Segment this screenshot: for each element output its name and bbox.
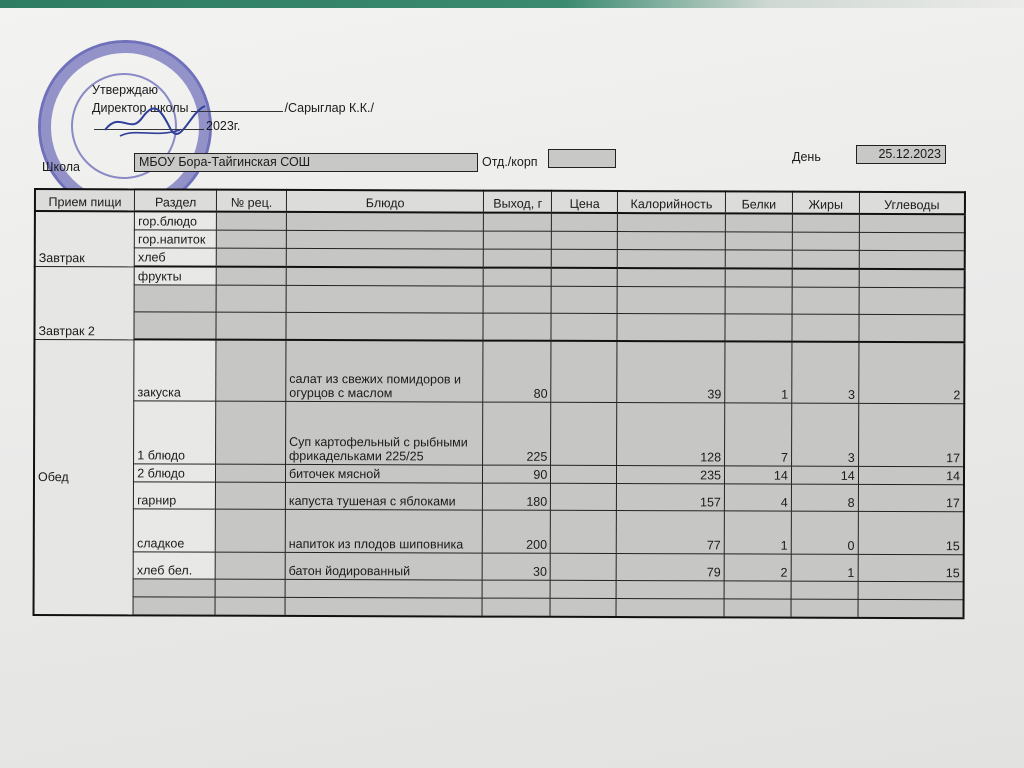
approval-title: Утверждаю [92,82,374,99]
cell-meal: Завтрак [35,211,135,266]
cell-carbs: 17 [858,484,964,511]
cell-section: фрукты [134,266,216,285]
cell-price [551,286,617,313]
col-header-section: Раздел [135,189,217,211]
table-row [35,285,965,315]
cell-price [551,268,617,287]
cell-protein: 1 [724,511,791,554]
menu-table: Прием пищи Раздел № рец. Блюдо Выход, г … [33,188,966,619]
table-row [34,597,964,619]
table-row: сладкоенапиток из плодов шиповника200771… [34,509,964,555]
table-header-row: Прием пищи Раздел № рец. Блюдо Выход, г … [35,189,965,214]
day-field[interactable]: 25.12.2023 [856,145,946,164]
cell-fat [792,232,859,250]
cell-carbs [859,250,965,269]
cell-yield [483,286,551,313]
cell-recipe [215,579,285,597]
cell-price [551,341,617,403]
cell-price [552,213,618,232]
cell-protein [725,268,792,287]
col-header-price: Цена [552,191,618,213]
day-label: День [792,150,821,164]
cell-dish [286,312,484,340]
cell-recipe [216,230,286,248]
cell-fat: 0 [791,511,858,554]
school-field[interactable]: МБОУ Бора-Тайгинская СОШ [134,153,478,172]
cell-fat: 1 [791,554,858,581]
dept-label: Отд./корп [482,155,538,169]
director-label: Директор школы [92,101,189,115]
cell-fat [792,250,859,269]
cell-section [133,597,215,616]
cell-fat [792,269,859,288]
cell-section [134,312,216,340]
cell-recipe [215,509,285,552]
school-label: Школа [42,160,80,174]
date-blank-line [94,117,204,130]
cell-yield: 90 [483,465,551,483]
cell-dish [286,285,484,313]
cell-calories: 157 [616,484,724,511]
cell-dish [285,597,483,616]
cell-section: гор.блюдо [135,211,217,230]
cell-protein [724,599,791,618]
cell-protein [725,314,792,342]
cell-recipe [217,212,287,231]
cell-carbs [859,232,965,250]
cell-carbs [859,269,965,288]
cell-yield [484,268,552,287]
cell-calories [617,250,725,269]
signature-line [191,99,283,112]
col-header-calories: Калорийность [618,191,726,213]
cell-calories [616,581,724,599]
col-header-meal: Прием пищи [35,189,135,211]
cell-yield: 180 [483,483,551,510]
cell-section: сладкое [133,509,215,552]
cell-protein [725,287,792,314]
cell-protein [725,232,792,250]
col-header-carbs: Углеводы [859,192,965,214]
cell-section [133,579,215,597]
cell-yield [482,580,550,598]
cell-carbs [858,581,964,599]
table-row [34,312,964,343]
cell-section: гарнир [134,482,216,509]
cell-dish: напиток из плодов шиповника [285,509,483,553]
cell-section: хлеб бел. [133,552,215,579]
cell-yield [484,249,552,268]
cell-fat [792,314,859,342]
cell-recipe [216,482,286,509]
cell-yield [484,231,552,249]
cell-calories [616,599,724,618]
cell-recipe [216,464,286,482]
cell-calories: 39 [617,341,725,403]
cell-fat: 3 [791,403,858,466]
cell-dish [286,248,484,267]
cell-fat: 14 [791,466,858,484]
cell-price [551,402,617,465]
cell-protein: 1 [725,341,792,403]
cell-fat: 3 [792,342,859,404]
cell-calories [617,232,725,250]
cell-dish: биточек мясной [285,464,482,483]
cell-carbs: 15 [858,554,964,581]
cell-recipe [216,340,286,402]
approval-year: 2023г. [206,119,240,133]
cell-protein [725,250,792,269]
director-name: /Сарыглар К.К./ [285,101,374,115]
cell-fat [791,599,858,618]
table-row: хлеб бел.батон йодированный30792115 [34,552,964,582]
cell-section: закуска [134,339,216,401]
cell-yield: 225 [483,402,551,465]
cell-section [134,285,216,312]
table-row: 1 блюдоСуп картофельный с рыбными фрикад… [34,401,964,467]
cell-fat [792,214,859,233]
cell-carbs: 14 [858,466,964,484]
cell-calories [617,268,725,287]
cell-carbs: 17 [858,403,964,466]
cell-calories: 235 [617,466,725,484]
cell-protein: 7 [725,403,792,466]
col-header-fat: Жиры [792,192,859,214]
cell-dish [286,230,483,249]
cell-fat [791,581,858,599]
cell-price [551,465,617,483]
cell-protein: 2 [724,554,791,581]
cell-dish: батон йодированный [285,552,483,580]
cell-protein [724,581,791,599]
cell-carbs [858,599,964,618]
cell-protein: 14 [724,466,791,484]
cell-price [552,231,618,249]
cell-recipe [216,285,286,312]
cell-carbs [859,214,965,233]
cell-price [551,313,617,341]
cell-recipe [216,267,286,286]
cell-section: гор.напиток [135,230,217,248]
cell-recipe [216,401,286,464]
cell-calories [617,213,725,232]
cell-price [550,598,616,617]
cell-recipe [215,597,285,616]
cell-section: 2 блюдо [134,464,216,482]
cell-dish [285,579,482,598]
col-header-protein: Белки [725,191,792,213]
col-header-recipe: № рец. [217,190,287,212]
approval-block: Утверждаю Директор школы/Сарыглар К.К./ … [92,82,374,135]
cell-carbs [859,314,965,342]
col-header-yield: Выход, г [484,191,552,213]
cell-meal: Завтрак 2 [34,266,134,339]
cell-recipe [216,312,286,340]
cell-yield: 200 [483,510,551,553]
cell-calories: 79 [616,554,724,581]
approval-director-line: Директор школы/Сарыглар К.К./ [92,99,374,117]
cell-protein [725,213,792,232]
cell-price [550,553,616,580]
cell-price [551,483,617,510]
cell-calories: 128 [617,403,725,466]
cell-price [552,249,618,268]
cell-section: хлеб [134,248,216,267]
cell-fat [792,287,859,314]
cell-dish: капуста тушеная с яблоками [285,482,483,510]
cell-protein: 4 [724,484,791,511]
cell-yield [483,313,551,341]
table-row: гарниркапуста тушеная с яблоками18015748… [34,482,964,512]
cell-section: 1 блюдо [134,401,216,464]
cell-yield: 80 [483,341,551,403]
table-row: Обедзакускасалат из свежих помидоров и о… [34,339,964,404]
cell-carbs: 2 [858,342,964,404]
cell-price [551,510,617,553]
approval-date-line: 2023г. [92,117,374,135]
cell-calories [617,287,725,314]
col-header-dish: Блюдо [286,190,484,213]
cell-yield: 30 [483,553,551,580]
background-green-surface [0,0,1024,8]
cell-yield [482,598,550,617]
cell-carbs: 15 [858,511,964,554]
cell-dish: Суп картофельный с рыбными фрикадельками… [286,401,484,465]
cell-fat: 8 [791,484,858,511]
cell-calories: 77 [616,511,724,554]
cell-yield [484,213,552,232]
cell-price [550,580,616,598]
cell-dish: салат из свежих помидоров и огурцов с ма… [286,340,484,402]
cell-carbs [859,287,965,314]
cell-calories [617,314,725,342]
cell-recipe [215,552,285,579]
cell-dish [286,267,484,286]
cell-dish [286,212,484,231]
cell-meal: Обед [34,339,135,615]
dept-field[interactable] [548,149,616,168]
cell-recipe [216,248,286,267]
